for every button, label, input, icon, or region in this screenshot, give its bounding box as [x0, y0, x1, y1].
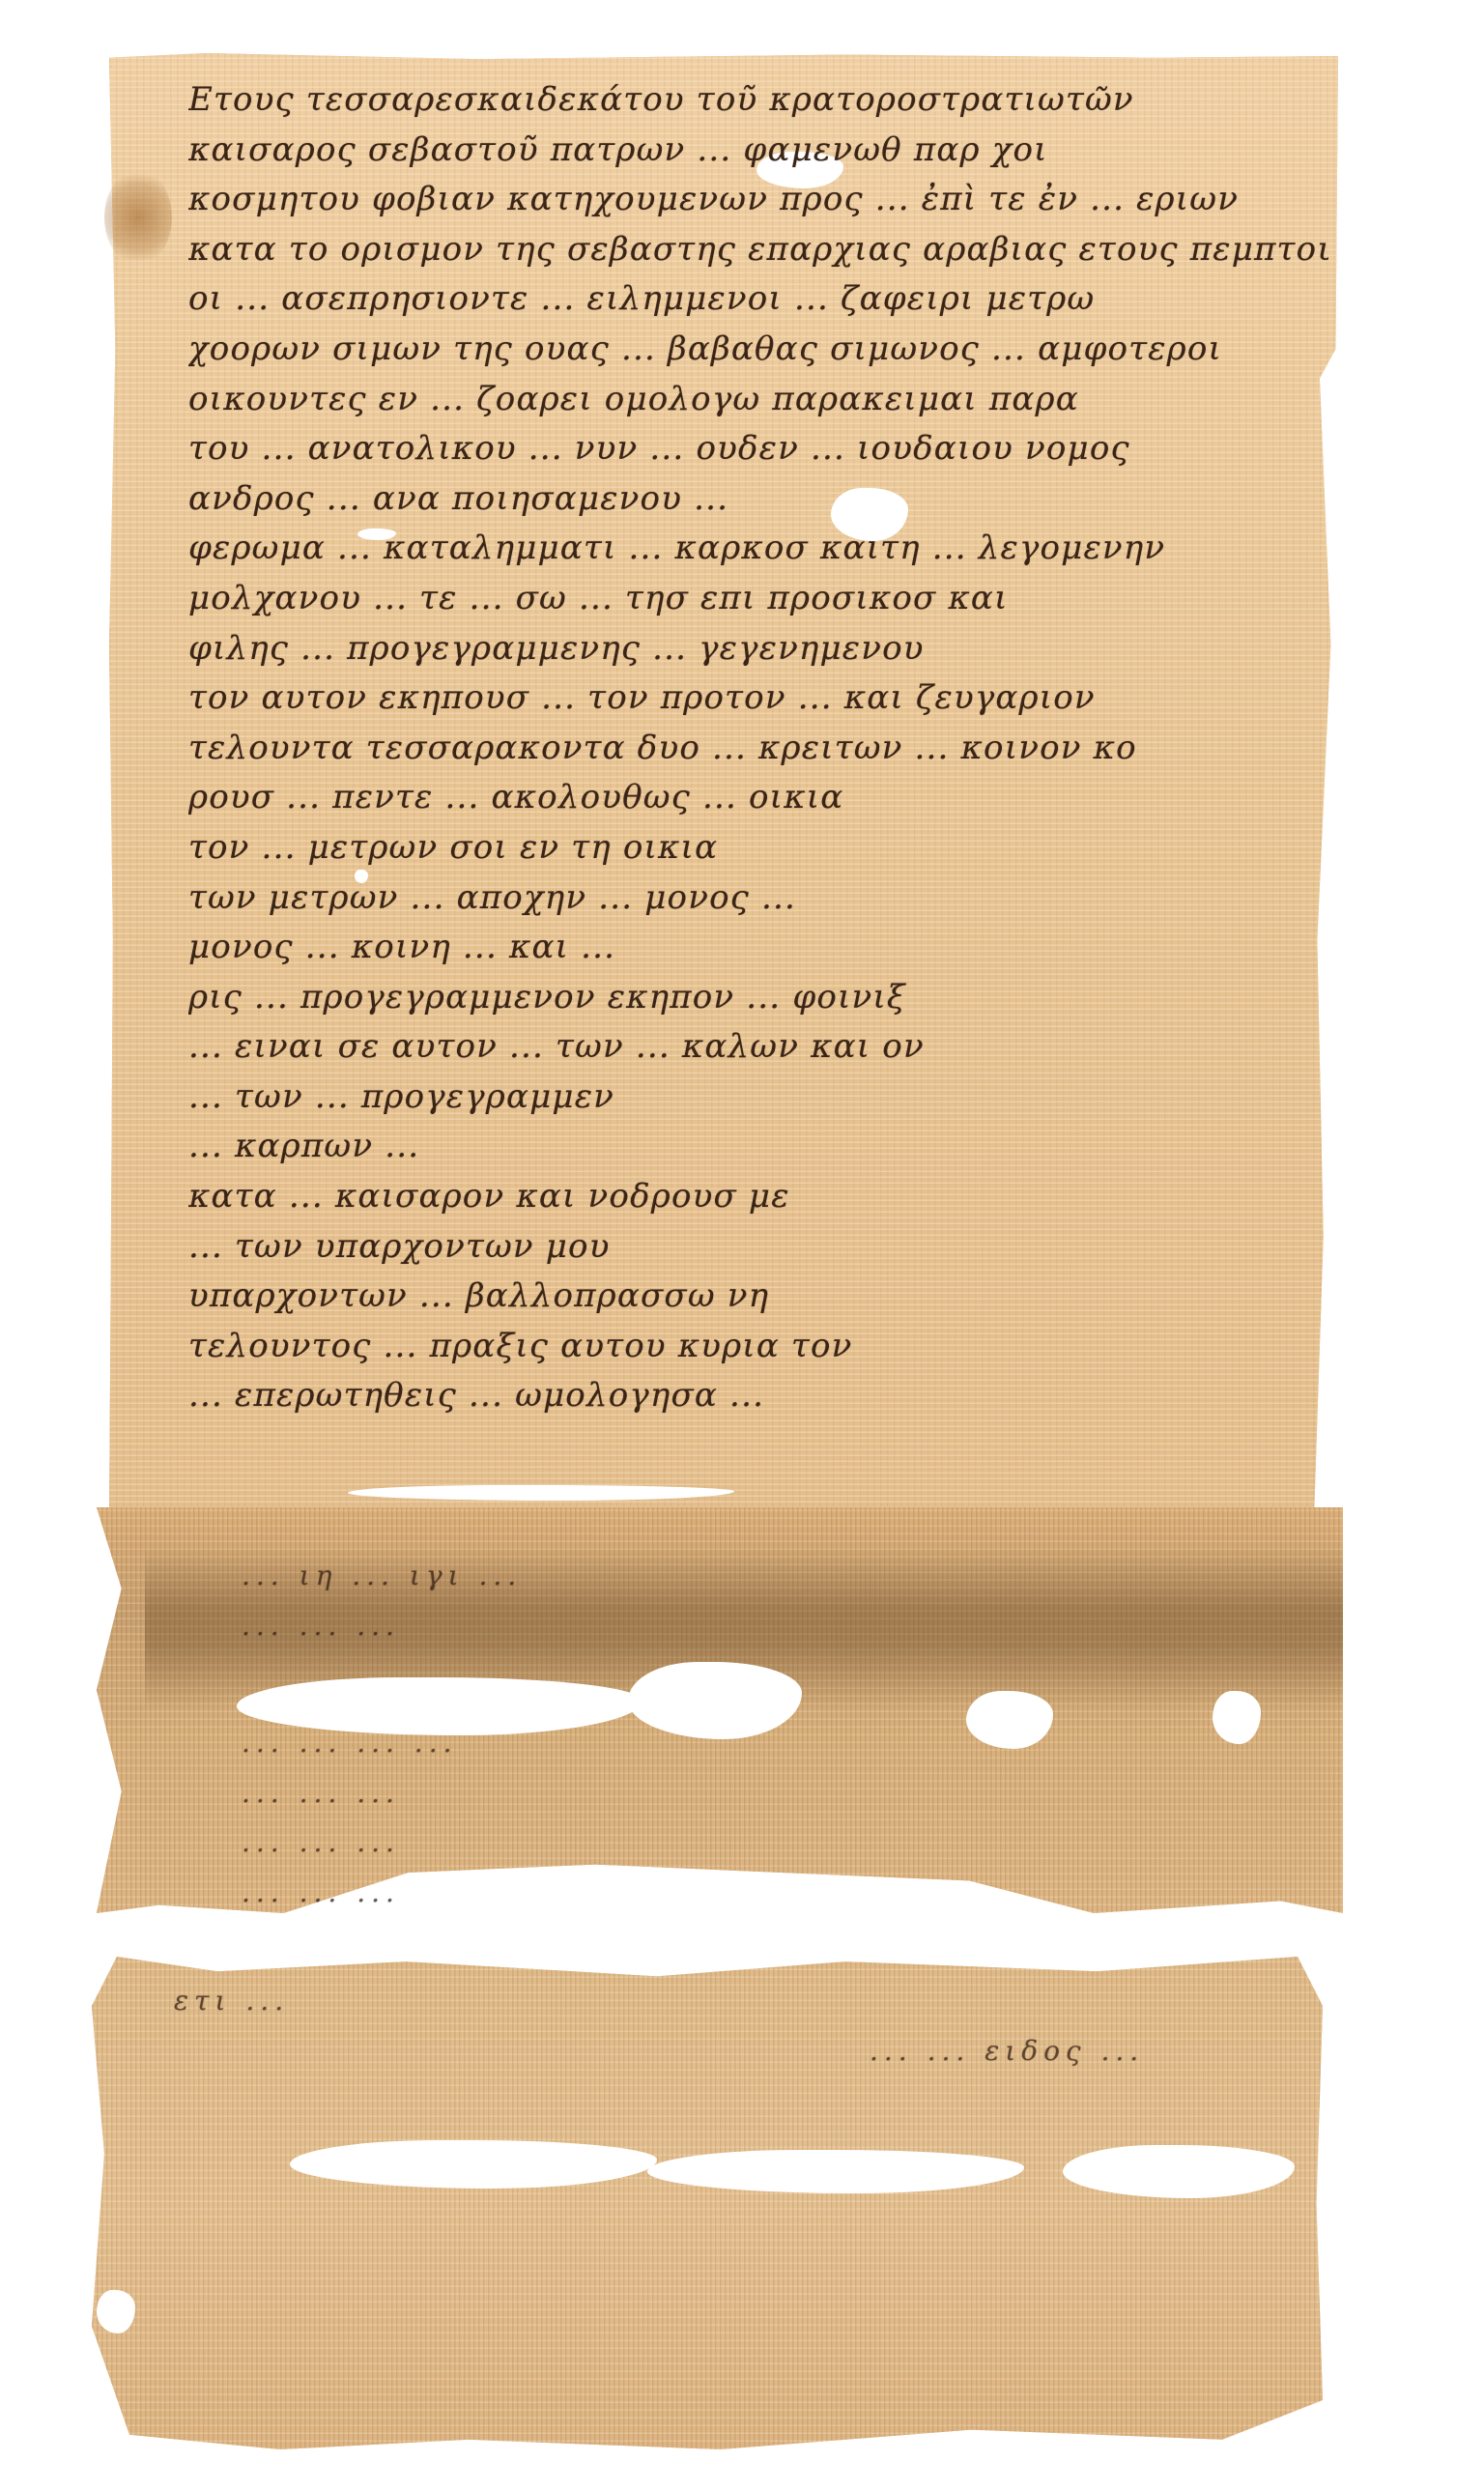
- text-line: ... ειναι σε αυτον ... των ... καλων και…: [188, 1022, 1328, 1073]
- text-line: ... των υπαρχοντων μου: [188, 1222, 1328, 1273]
- bottom-text-block: ετι ... ... ... ειδος ...: [174, 1976, 1333, 2075]
- text-line: ... ... ...: [242, 1868, 1333, 1918]
- text-line: οικουντες εν ... ζοαρει ομολογω παρακειμ…: [188, 375, 1328, 425]
- text-line: ... ... ...: [242, 1601, 1333, 1651]
- text-line: ... των ... προγεγραμμεν: [188, 1073, 1328, 1123]
- lower-text-block: ... ιη ... ιγι ... ... ... ... ... ... .…: [242, 1551, 1333, 1918]
- text-line: κοσμητου φοβιαν κατηχουμενων προς ... ἐπ…: [188, 175, 1328, 225]
- text-line: υπαρχοντων ... βαλλοπρασσω νη: [188, 1272, 1328, 1322]
- text-line: τελουντος ... πραξις αυτου κυρια τον: [188, 1322, 1328, 1372]
- text-line: οι ... ασεπρησιοντε ... ειλημμενοι ... ζ…: [188, 274, 1328, 325]
- text-line: τελουντα τεσσαρακοντα δυο ... κρειτων ..…: [188, 724, 1328, 774]
- text-line: ... ... ... ...: [242, 1718, 1333, 1768]
- text-line: του ... ανατολικου ... νυν ... ουδεν ...…: [188, 424, 1328, 474]
- text-line: φιλης ... προγεγραμμενης ... γεγενημενου: [188, 624, 1328, 674]
- text-line: καισαρος σεβαστοῦ πατρων ... φαμενωθ παρ…: [188, 126, 1328, 176]
- text-line: τον αυτον εκηπουσ ... τον προτον ... και…: [188, 673, 1328, 724]
- text-line: χοορων σιμων της ουας ... βαβαθας σιμωνο…: [188, 325, 1328, 375]
- text-line: των μετρων ... αποχην ... μονος ...: [188, 873, 1328, 924]
- text-line: ανδρος ... ανα ποιησαμενου ...: [188, 474, 1328, 525]
- text-line: ... ... ...: [242, 1768, 1333, 1818]
- text-line: φερωμα ... καταλημματι ... καρκοσ καιτη …: [188, 524, 1328, 574]
- ink-stain: [104, 169, 172, 266]
- text-line: μονος ... κοινη ... και ...: [188, 923, 1328, 973]
- text-line: μολχανου ... τε ... σω ... τησ επι προσι…: [188, 574, 1328, 624]
- text-line: ... επερωτηθεις ... ωμολογησα ...: [188, 1371, 1328, 1421]
- text-line: ... ιη ... ιγι ...: [242, 1551, 1333, 1601]
- text-line: ρις ... προγεγραμμενον εκηπον ... φοινιξ: [188, 973, 1328, 1023]
- text-line: ... καρπων ...: [188, 1122, 1328, 1172]
- main-text-block: Ετους τεσσαρεσκαιδεκάτου τοῦ κρατοροστρα…: [188, 75, 1328, 1421]
- text-line: κατα το ορισμον της σεβαστης επαρχιας αρ…: [188, 225, 1328, 275]
- text-line: ... ... ειδος ...: [174, 2026, 1333, 2076]
- text-line: ... ... ...: [242, 1817, 1333, 1868]
- text-line: ρουσ ... πεντε ... ακολουθως ... οικια: [188, 773, 1328, 823]
- text-line: ετι ...: [174, 1976, 1333, 2026]
- text-line: Ετους τεσσαρεσκαιδεκάτου τοῦ κρατοροστρα…: [188, 75, 1328, 126]
- text-line: κατα ... καισαρον και νοδρουσ με: [188, 1172, 1328, 1222]
- text-line: τον ... μετρων σοι εν τη οικια: [188, 823, 1328, 873]
